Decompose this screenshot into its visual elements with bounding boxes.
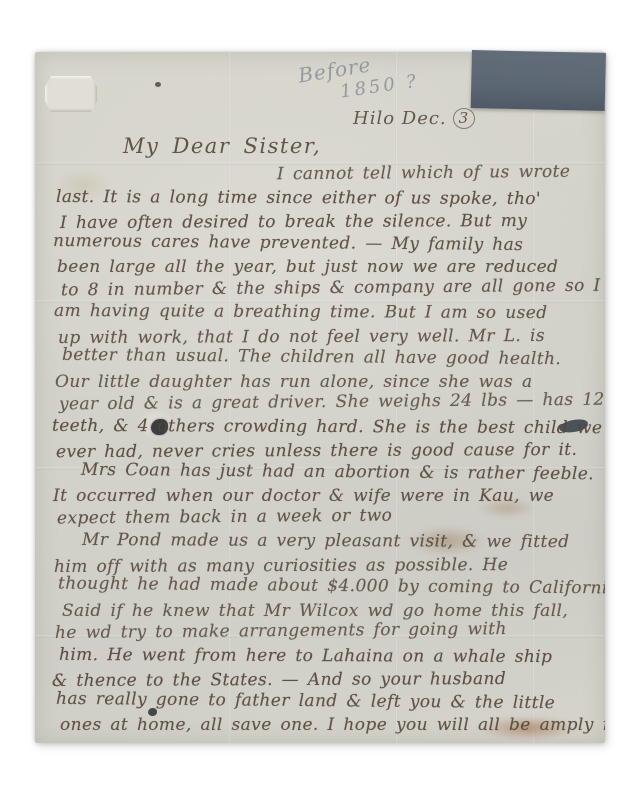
ink-spot bbox=[155, 82, 161, 87]
scanned-letter-photo: Before 1850 ? Hilo Dec.3 My Dear Sister,… bbox=[0, 0, 634, 800]
letter-line-14: Mrs Coan has just had an abortion & is r… bbox=[81, 460, 594, 485]
letter-page: Before 1850 ? Hilo Dec.3 My Dear Sister,… bbox=[35, 52, 605, 743]
letter-line-9: better than usual. The children all have… bbox=[62, 345, 561, 370]
letter-line-22: him. He went from here to Lahaina on a w… bbox=[59, 645, 552, 668]
letter-line-10: Our little daughter has run alone, since… bbox=[55, 372, 533, 392]
letter-line-25: ones at home, all save one. I hope you w… bbox=[60, 715, 605, 735]
letter-line-16: expect them back in a week or two bbox=[57, 505, 392, 528]
embossed-stamp bbox=[45, 76, 97, 112]
letter-line-21: he wd try to make arrangements for going… bbox=[55, 619, 507, 643]
letter-line-15: It occurred when our doctor & wife were … bbox=[53, 486, 554, 506]
salutation: My Dear Sister, bbox=[123, 134, 321, 158]
letter-line-17: Mr Pond made us a very pleasant visit, &… bbox=[82, 530, 570, 553]
gray-corner-patch bbox=[471, 50, 606, 111]
letter-line-2: last. It is a long time since either of … bbox=[56, 187, 541, 210]
letter-line-19: thought he had made about $4.000 by comi… bbox=[58, 574, 605, 599]
letter-line-24: has really gone to father land & left yo… bbox=[56, 689, 555, 714]
dateline-day-circled: 3 bbox=[453, 108, 476, 129]
letter-line-5: been large all the year, but just now we… bbox=[57, 257, 558, 277]
dateline-place: Hilo Dec. bbox=[353, 108, 447, 129]
letter-line-7: am having quite a breathing time. But I … bbox=[54, 301, 548, 324]
letter-line-6: to 8 in number & the ships & company are… bbox=[61, 276, 601, 301]
letter-line-4: numerous cares have prevented. — My fami… bbox=[53, 231, 524, 255]
letter-line-12: teeth, & 4 others crowding hard. She is … bbox=[52, 416, 602, 439]
letter-line-3: I have often desired to break the silenc… bbox=[60, 211, 527, 233]
dateline: Hilo Dec.3 bbox=[353, 108, 475, 130]
letter-line-1: I cannot tell which of us wrote bbox=[277, 162, 571, 185]
letter-line-11: year old & is a great driver. She weighs… bbox=[59, 390, 605, 415]
